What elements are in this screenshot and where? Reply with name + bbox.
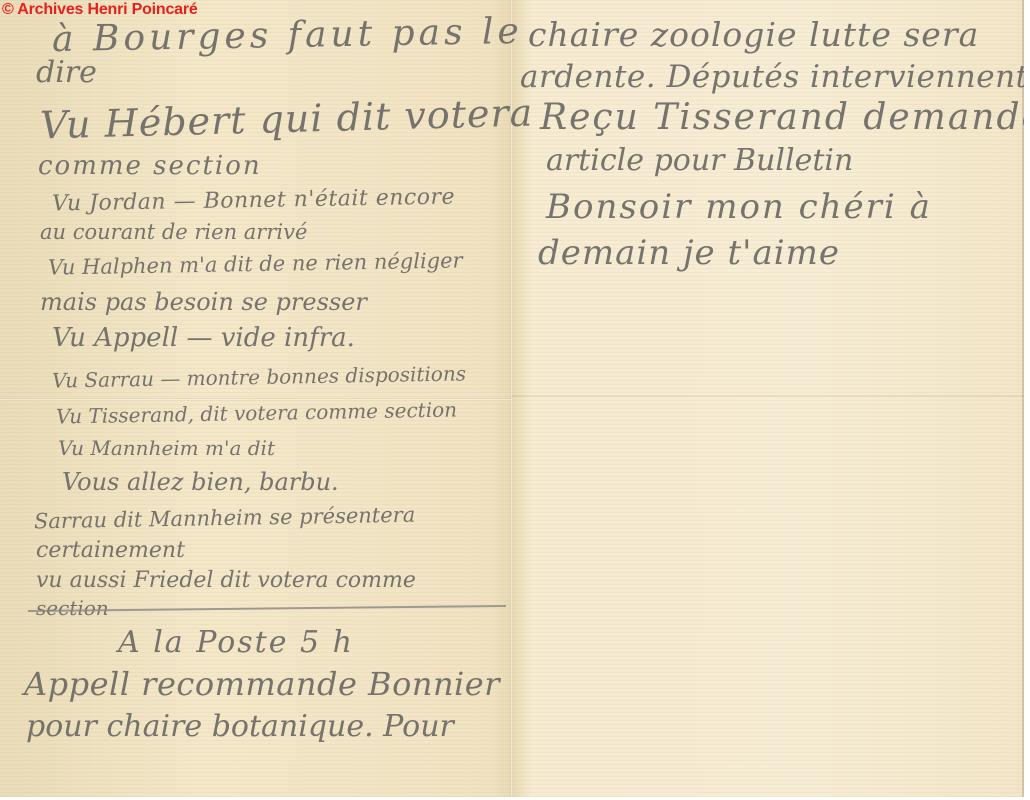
handwritten-line: Appell recommande Bonnier xyxy=(24,668,500,700)
handwritten-line: Reçu Tisserand demande xyxy=(540,100,1024,136)
handwritten-line: article pour Bulletin xyxy=(546,146,853,176)
handwritten-line: Vu Tisserand, dit votera comme section xyxy=(56,400,457,427)
handwritten-line: certainement xyxy=(36,540,185,562)
horizontal-fold-line-right xyxy=(512,395,1024,397)
handwritten-line: chaire zoologie lutte sera xyxy=(528,18,979,51)
copyright-watermark: © Archives Henri Poincaré xyxy=(2,0,198,20)
handwritten-line: demain je t'aime xyxy=(538,236,840,270)
handwritten-line: vu aussi Friedel dit votera comme xyxy=(36,570,416,592)
handwritten-line: Vu Hébert qui dit votera xyxy=(40,94,534,145)
handwritten-line: à Bourges faut pas le xyxy=(52,14,523,58)
handwritten-line: mais pas besoin se presser xyxy=(40,290,367,314)
handwritten-line: Vu Sarrau — montre bonnes dispositions xyxy=(52,363,466,390)
handwritten-line: Bonsoir mon chéri à xyxy=(546,190,932,224)
handwritten-line: dire xyxy=(36,58,97,88)
handwritten-line: section xyxy=(36,598,109,618)
handwritten-line: A la Poste 5 h xyxy=(118,628,354,658)
handwritten-line: Vu Appell — vide infra. xyxy=(52,325,355,351)
letter-sheet: © Archives Henri Poincaré à Bourges faut… xyxy=(0,0,1024,797)
handwritten-line: Vous allez bien, barbu. xyxy=(62,470,339,494)
handwritten-line: au courant de rien arrivé xyxy=(40,222,307,243)
handwritten-line: pour chaire botanique. Pour xyxy=(26,712,454,742)
handwritten-line: Vu Halphen m'a dit de ne rien négliger xyxy=(48,250,463,278)
handwritten-line: Sarrau dit Mannheim se présentera xyxy=(34,505,416,533)
handwritten-line: comme section xyxy=(38,153,262,179)
handwritten-line: Vu Jordan — Bonnet n'était encore xyxy=(52,186,455,215)
handwritten-line: ardente. Députés interviennent xyxy=(520,62,1024,93)
handwritten-line: Vu Mannheim m'a dit xyxy=(58,438,275,458)
